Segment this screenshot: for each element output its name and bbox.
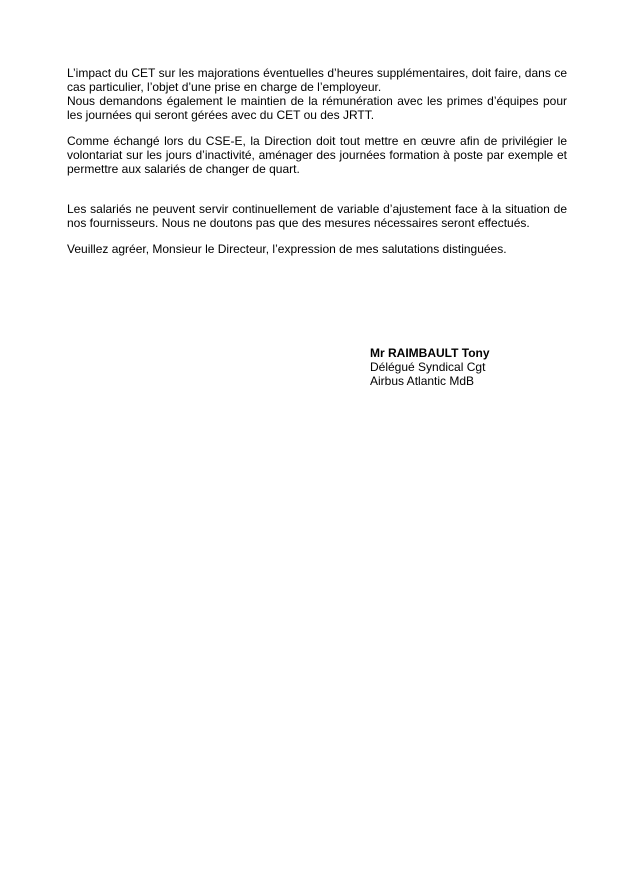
signatory-organization: Airbus Atlantic MdB [370, 374, 490, 388]
paragraph-spacer [67, 122, 567, 134]
signatory-title: Délégué Syndical Cgt [370, 360, 490, 374]
paragraph-cet-impact: L’impact du CET sur les majorations éven… [67, 66, 567, 94]
signatory-name: Mr RAIMBAULT Tony [370, 346, 490, 360]
signature-block: Mr RAIMBAULT Tony Délégué Syndical Cgt A… [370, 346, 490, 388]
paragraph-remuneration-request: Nous demandons également le maintien de … [67, 94, 567, 122]
paragraph-spacer [67, 176, 567, 202]
letter-body: L’impact du CET sur les majorations éven… [67, 66, 567, 256]
paragraph-closing-salutation: Veuillez agréer, Monsieur le Directeur, … [67, 242, 567, 256]
paragraph-cse-exchange: Comme échangé lors du CSE-E, la Directio… [67, 134, 567, 176]
paragraph-spacer [67, 230, 567, 242]
paragraph-adjustment-variable: Les salariés ne peuvent servir continuel… [67, 202, 567, 230]
